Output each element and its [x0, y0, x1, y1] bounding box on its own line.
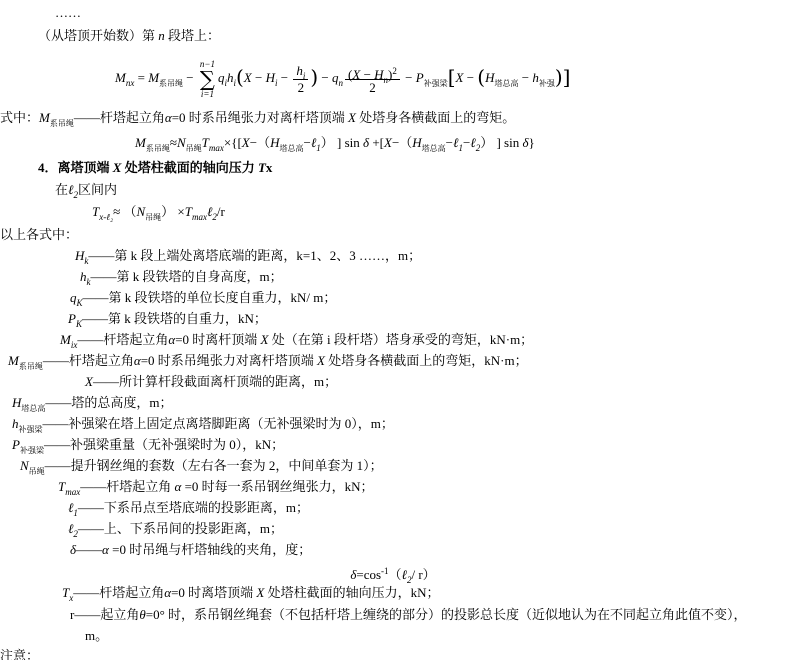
formula-delta: δ=cos-1（ℓ2/ r）	[0, 560, 786, 582]
def-qK: qK——第 k 段铁塔的单位长度自重力，kN/ m；	[70, 287, 786, 308]
section-4-heading: 4．离塔顶端 X 处塔柱截面的轴向压力 Tx	[38, 156, 786, 179]
def-l1: ℓ1——下系吊点至塔底端的投影距离，m；	[68, 497, 786, 518]
def-l2: ℓ2——上、下系吊间的投影距离，m；	[68, 518, 786, 539]
document-body: ……（从塔顶开始数）第 n 段塔上：Mnx = M系吊绳 − n−1∑i=1qi…	[0, 2, 786, 660]
def-Hk: Hk——第 k 段上端处离塔底端的距离，k=1、2、3 ……，m；	[75, 245, 786, 266]
def-H-total: H塔总高——塔的总高度，m；	[12, 392, 786, 413]
def-delta: δ——α =0 时吊绳与杆塔轴线的夹角，度；	[70, 539, 786, 560]
def-h-beam: h补强梁——补强梁在塔上固定点离塔脚距离（无补强梁时为 0），m；	[12, 413, 786, 434]
formula-axial-force: Tx-ℓ₂≈ （N吊绳） ×Tmaxℓ2/r	[92, 200, 786, 224]
def-Mix: Mix——杆塔起立角α=0 时离杆顶端 X 处（在第 i 段杆塔）塔身承受的弯矩…	[60, 329, 786, 350]
formula-moment-nx: Mnx = M系吊绳 − n−1∑i=1qihi(X − Hi − hi2) −…	[115, 48, 786, 106]
def-M-rope: M系吊绳——杆塔起立角α=0 时系吊绳张力对离杆塔顶端 X 处塔身各横截面上的弯…	[8, 350, 786, 371]
def-PK: PK——第 k 段铁塔的自重力，kN；	[68, 308, 786, 329]
intro-line: （从塔顶开始数）第 n 段塔上：	[38, 24, 786, 48]
document-page: ……（从塔顶开始数）第 n 段塔上：Mnx = M系吊绳 − n−1∑i=1qi…	[0, 0, 786, 660]
def-Tmax: Tmax——杆塔起立角 α =0 时每一系吊钢丝绳张力，kN；	[58, 476, 786, 497]
def-hk: hk——第 k 段铁塔的自身高度，m；	[80, 266, 786, 287]
def-N-rope: N吊绳——提升钢丝绳的套数（左右各一套为 2，中间单套为 1）；	[20, 455, 786, 476]
def-P-beam: P补强梁——补强梁重量（无补强梁时为 0），kN；	[12, 434, 786, 455]
formula-rope-moment: M系吊绳≈N吊绳Tmax×{[X−（H塔总高−ℓ1） ] sin δ +[X−（…	[135, 130, 786, 156]
where-clause-line: 式中：M系吊绳——杆塔起立角α=0 时系吊绳张力对离杆塔顶端 X 处塔身各横截面…	[0, 106, 786, 130]
def-r-unit: m。	[85, 626, 786, 646]
definitions-intro-line: 以上各式中：	[0, 224, 786, 245]
fraction: hi2	[293, 63, 308, 96]
def-Tx: Tx——杆塔起立角α=0 时离塔顶端 X 处塔柱截面的轴向压力，kN；	[62, 582, 786, 604]
def-r: r——起立角θ=0° 时，系吊钢丝绳套（不包括杆塔上缠绕的部分）的投影总长度（近…	[70, 604, 786, 626]
def-X: X——所计算杆段截面离杆顶端的距离，m；	[85, 371, 786, 392]
interval-line: 在ℓ2区间内	[55, 179, 786, 200]
ellipsis-line: ……	[55, 2, 786, 24]
fraction: (X − Hn)22	[345, 63, 400, 96]
note-line: 注意：	[0, 646, 786, 660]
summation-sigma: n−1∑i=1	[200, 59, 215, 99]
